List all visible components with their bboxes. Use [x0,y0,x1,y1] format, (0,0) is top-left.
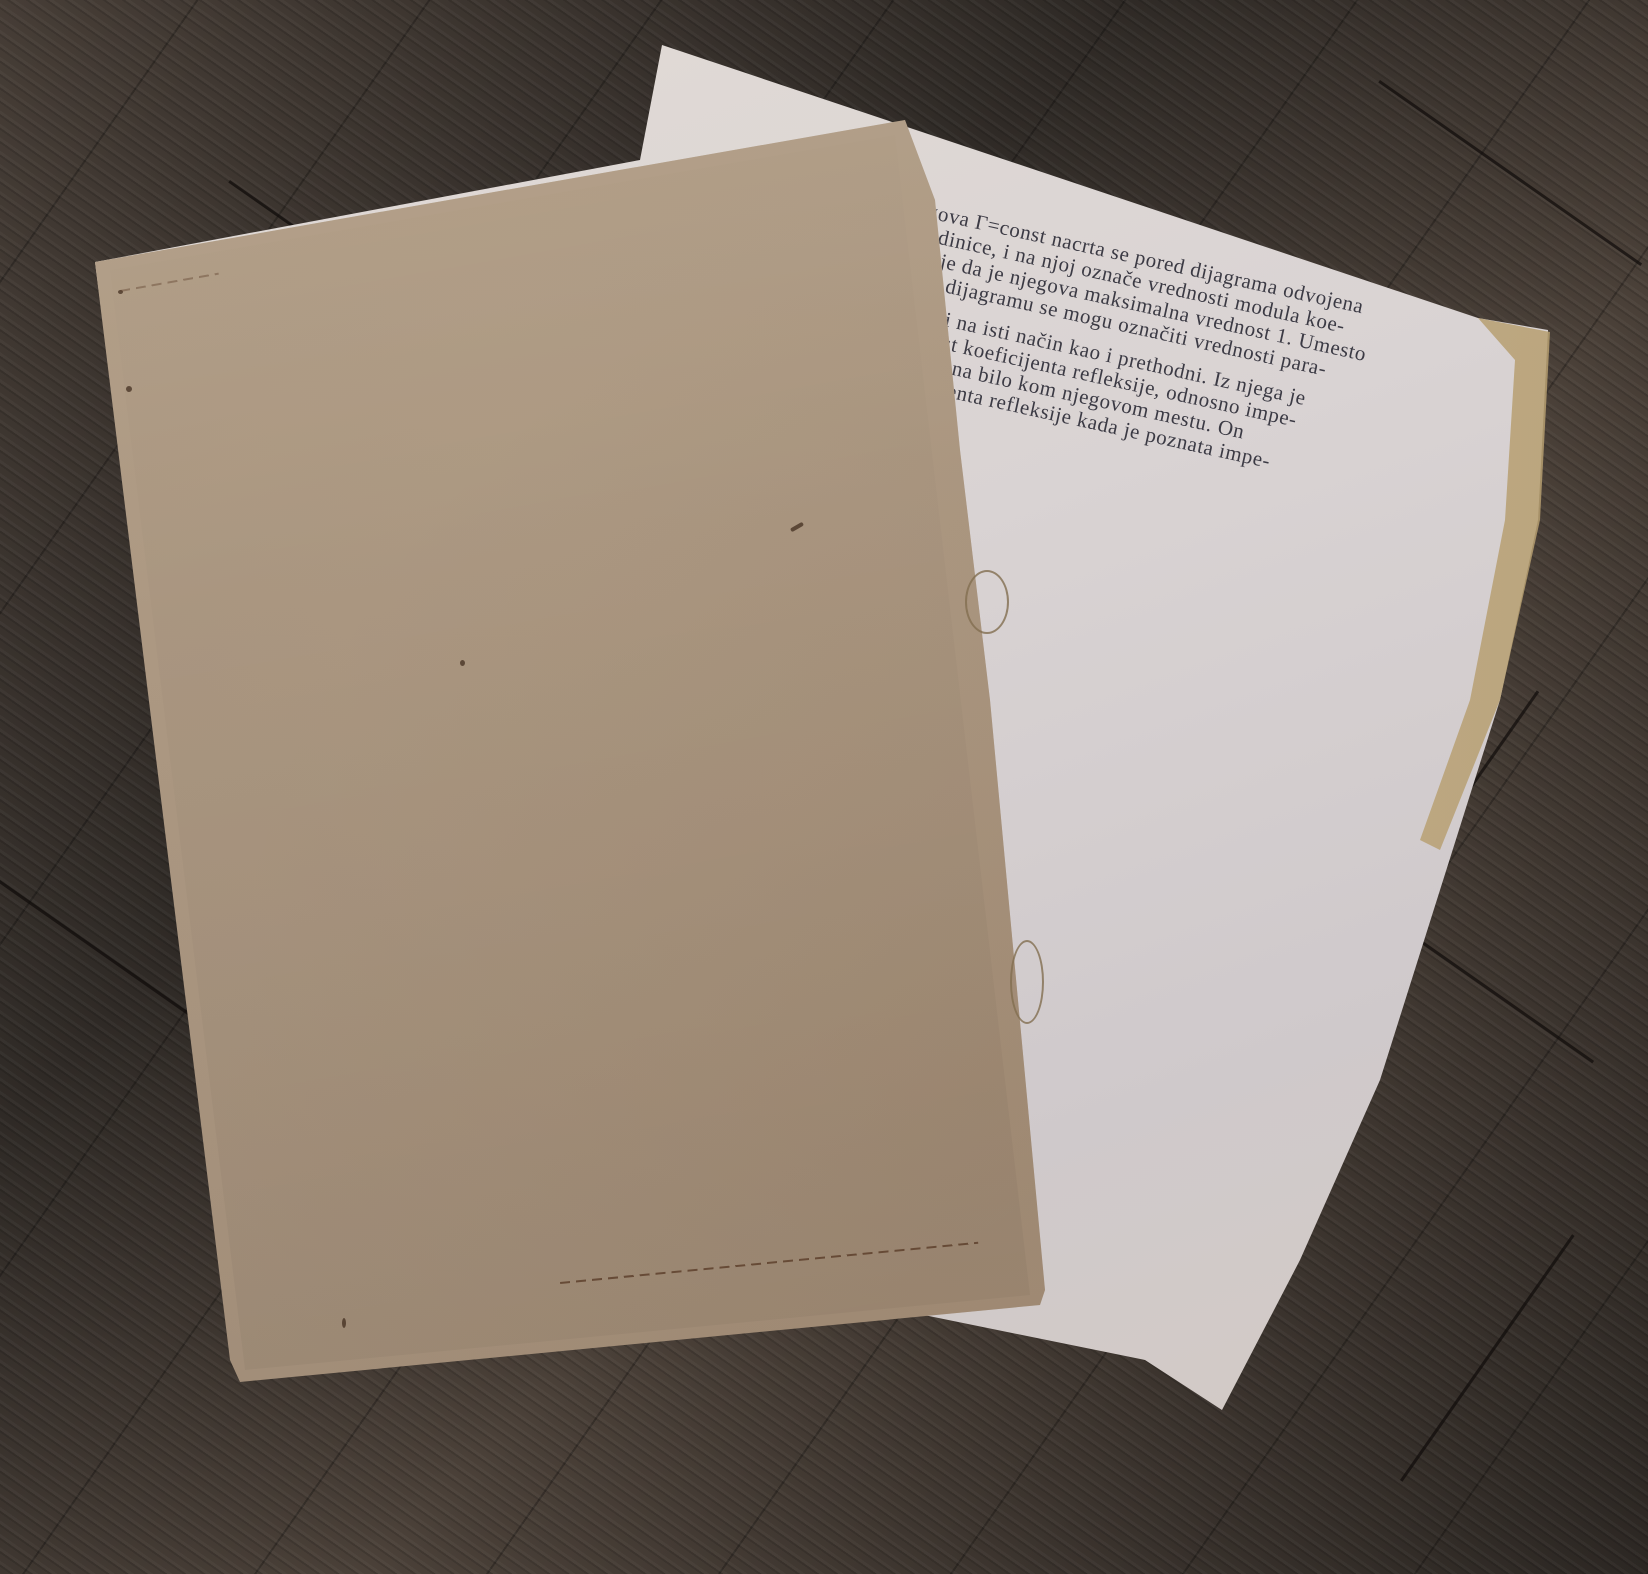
binding-thread [1010,940,1044,1024]
cover-stain [342,1318,346,1328]
cover-stain [126,386,132,392]
binding-thread [965,570,1009,634]
cover-stain [460,660,465,666]
